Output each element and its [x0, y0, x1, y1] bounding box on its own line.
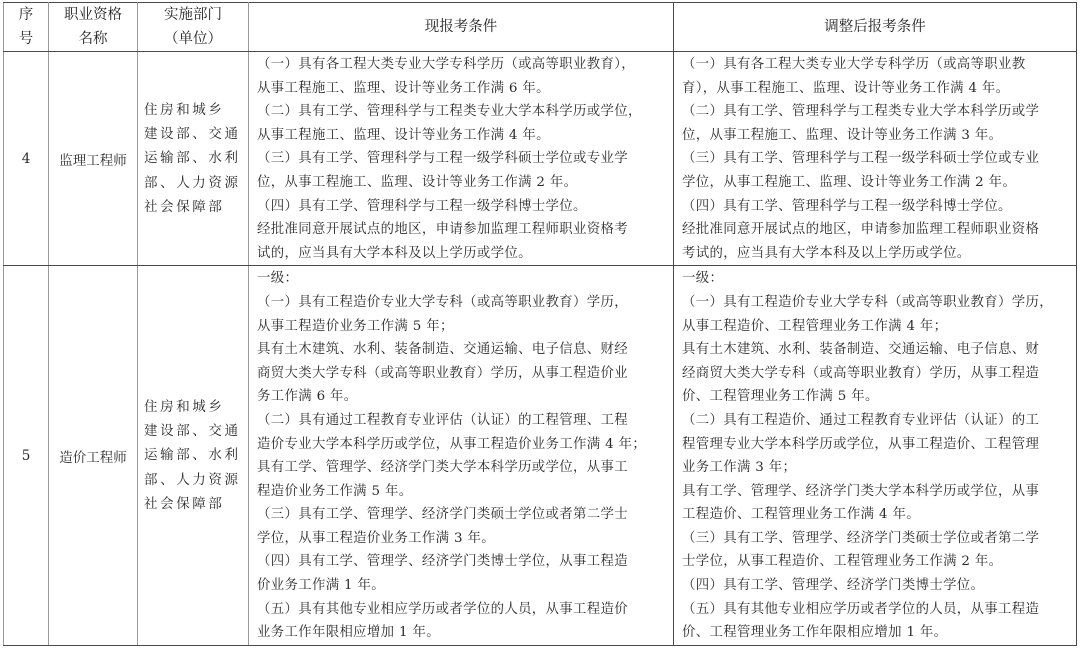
qualification-name: 造价工程师 [49, 266, 138, 646]
table-row: 4 监理工程师 住房和城乡 建设部、交通 运输部、水利 部、人力资源 社会保障部… [4, 52, 1077, 266]
table-row: 5 造价工程师 住房和城乡 建设部、交通 运输部、水利 部、人力资源 社会保障部… [4, 266, 1077, 646]
serial-number: 4 [4, 52, 49, 266]
current-conditions: 一级： （一）具有工程造价专业大学专科（或高等职业教育）学历， 从事工程造价业务… [249, 266, 674, 646]
header-qualification-name: 职业资格 名称 [49, 3, 138, 52]
header-department: 实施部门 （单位） [138, 3, 249, 52]
table-header-row: 序 号 职业资格 名称 实施部门 （单位） 现报考条件 调整后报考条件 [4, 3, 1077, 52]
qualification-conditions-table: 序 号 职业资格 名称 实施部门 （单位） 现报考条件 调整后报考条件 4 监理… [3, 2, 1077, 646]
header-adjusted-conditions: 调整后报考条件 [674, 3, 1077, 52]
serial-number: 5 [4, 266, 49, 646]
header-serial-number: 序 号 [4, 3, 49, 52]
department: 住房和城乡 建设部、交通 运输部、水利 部、人力资源 社会保障部 [138, 52, 249, 266]
qualification-name: 监理工程师 [49, 52, 138, 266]
adjusted-conditions: 一级： （一）具有工程造价专业大学专科（或高等职业教育）学历， 从事工程造价、工… [674, 266, 1077, 646]
adjusted-conditions: （一）具有各工程大类专业大学专科学历（或高等职业教 育），从事工程施工、监理、设… [674, 52, 1077, 266]
department: 住房和城乡 建设部、交通 运输部、水利 部、人力资源 社会保障部 [138, 266, 249, 646]
current-conditions: （一）具有各工程大类专业大学专科学历（或高等职业教育）， 从事工程施工、监理、设… [249, 52, 674, 266]
header-current-conditions: 现报考条件 [249, 3, 674, 52]
